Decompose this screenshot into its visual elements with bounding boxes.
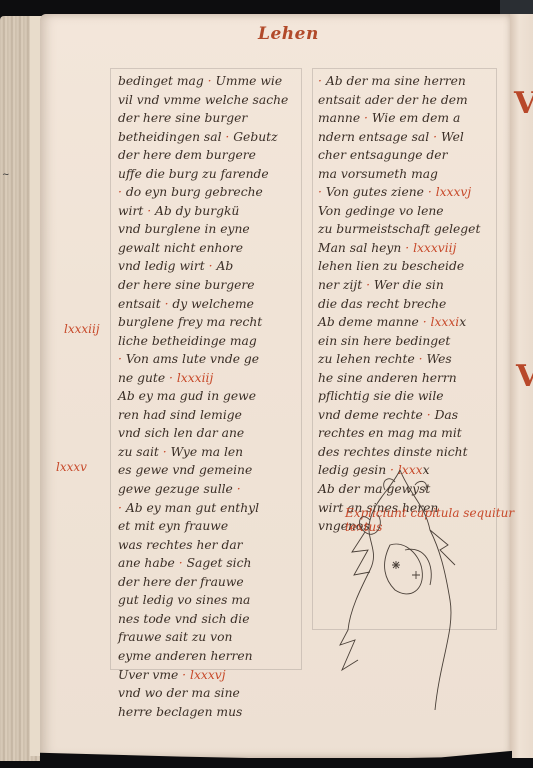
rubric-mark: · (433, 130, 437, 144)
facing-page-initial: V (516, 359, 533, 394)
text-line: wirt · Ab dy burgkü (118, 202, 288, 221)
text-line: ren had sind lemige (118, 406, 288, 425)
text-line: vnd sich len dar ane (118, 424, 288, 443)
rubric-mark: · (118, 352, 122, 366)
rubric-mark: lxxxvj (190, 668, 226, 682)
text-line: eyme anderen herren (118, 647, 288, 666)
text-line: pflichtig sie die wile (318, 387, 480, 406)
rubric-mark: · (163, 445, 167, 459)
text-line: · Ab der ma sine herren (318, 72, 480, 91)
running-title: Lehen (258, 24, 319, 44)
rubric-mark: lxxxiij (177, 371, 213, 385)
text-line: entsait ader der he dem (318, 91, 480, 110)
rubric-mark: lxxxi (431, 315, 460, 329)
text-line: betheidingen sal · Gebutz (118, 128, 288, 147)
text-column-1: bedinget mag · Umme wievil vnd vmme welc… (118, 72, 288, 721)
text-line: ane habe · Saget sich (118, 554, 288, 573)
facing-page-edge: V V (510, 14, 533, 758)
text-line: · do eyn burg gebreche (118, 183, 288, 202)
text-line: Man sal heyn · lxxxviij (318, 239, 480, 258)
text-line: zu lehen rechte · Wes (318, 350, 480, 369)
text-line: et mit eyn frauwe (118, 517, 288, 536)
rubric-mark: lxxxviij (413, 241, 456, 255)
text-line: frauwe sait zu von (118, 628, 288, 647)
rubric-mark: · (428, 185, 432, 199)
text-line: der here sine burger (118, 109, 288, 128)
margin-numeral: lxxxv (56, 460, 87, 474)
text-line: · Von ams lute vnde ge (118, 350, 288, 369)
text-line: entsait · dy welcheme (118, 295, 288, 314)
rubric-mark: · (169, 371, 173, 385)
text-line: burglene frey ma recht (118, 313, 288, 332)
rubric-mark: · (405, 241, 409, 255)
text-column-2: · Ab der ma sine herrenentsait ader der … (318, 72, 480, 536)
text-line: vil vnd vmme welche sache (118, 91, 288, 110)
text-line: lehen lien zu bescheide (318, 257, 480, 276)
text-line: vnd burglene in eyne (118, 220, 288, 239)
text-line: Von gedinge vo lene (318, 202, 480, 221)
text-line: manne · Wie em dem a (318, 109, 480, 128)
text-line: zu sait · Wye ma len (118, 443, 288, 462)
text-line: · Von gutes ziene · lxxxvj (318, 183, 480, 202)
text-line: ein sin here bedinget (318, 332, 480, 351)
text-line: der here sine burgere (118, 276, 288, 295)
text-line: uffe die burg zu farende (118, 165, 288, 184)
text-line: vnd ledig wirt · Ab (118, 257, 288, 276)
rubric-mark: · (182, 668, 186, 682)
rubric-mark: · (225, 130, 229, 144)
binding-ink-mark: ~ (2, 170, 10, 180)
text-line: · Ab ey man gut enthyl (118, 499, 288, 518)
margin-numeral: lxxxiij (64, 322, 100, 336)
rubric-mark: · (208, 74, 212, 88)
text-line: gewe gezuge sulle · (118, 480, 288, 499)
rubric-mark: · (179, 556, 183, 570)
text-line: was rechtes her dar (118, 536, 288, 555)
text-line: die das recht breche (318, 295, 480, 314)
text-line: nes tode vnd sich die (118, 610, 288, 629)
rubric-mark: · (209, 259, 213, 273)
text-line: liche betheidinge mag (118, 332, 288, 351)
text-line: vnd deme rechte · Das (318, 406, 480, 425)
text-line: ndern entsage sal · Wel (318, 128, 480, 147)
rubric-mark: · (364, 111, 368, 125)
rubric-mark: lxxxvj (436, 185, 472, 199)
rubric-mark: · (419, 352, 423, 366)
text-line: Ab deme manne · lxxxix (318, 313, 480, 332)
rubric-mark: · (118, 501, 122, 515)
text-line: gut ledig vo sines ma (118, 591, 288, 610)
text-line: he sine anderen herrn (318, 369, 480, 388)
text-line: zu burmeistschaft geleget (318, 220, 480, 239)
rubric-mark: · (366, 278, 370, 292)
text-line: der here der frauwe (118, 573, 288, 592)
text-line: ner zijt · Wer die sin (318, 276, 480, 295)
text-line: des rechtes dinste nicht (318, 443, 480, 462)
rubric-mark: · (427, 408, 431, 422)
text-line: Uver vme · lxxxvj (118, 666, 288, 685)
text-line: der here dem burgere (118, 146, 288, 165)
text-line: Ab ey ma gud in gewe (118, 387, 288, 406)
rubric-mark: · (118, 185, 122, 199)
text-line: gewalt nicht enhore (118, 239, 288, 258)
rubric-mark: · (147, 204, 151, 218)
text-line: vnd wo der ma sine (118, 684, 288, 703)
rubric-mark: · (318, 74, 322, 88)
text-line: es gewe vnd gemeine (118, 461, 288, 480)
rubric-mark: · (237, 482, 241, 496)
rubric-mark: · (423, 315, 427, 329)
facing-page-initial: V (514, 86, 533, 121)
rubric-mark: · (318, 185, 322, 199)
text-line: rechtes en mag ma mit (318, 424, 480, 443)
text-line: cher entsagunge der (318, 146, 480, 165)
plant-sketch (330, 470, 490, 720)
text-line: bedinget mag · Umme wie (118, 72, 288, 91)
text-line: ma vorsumeth mag (318, 165, 480, 184)
rubric-mark: · (165, 297, 169, 311)
text-line: herre beclagen mus (118, 703, 288, 722)
text-line: ne gute · lxxxiij (118, 369, 288, 388)
